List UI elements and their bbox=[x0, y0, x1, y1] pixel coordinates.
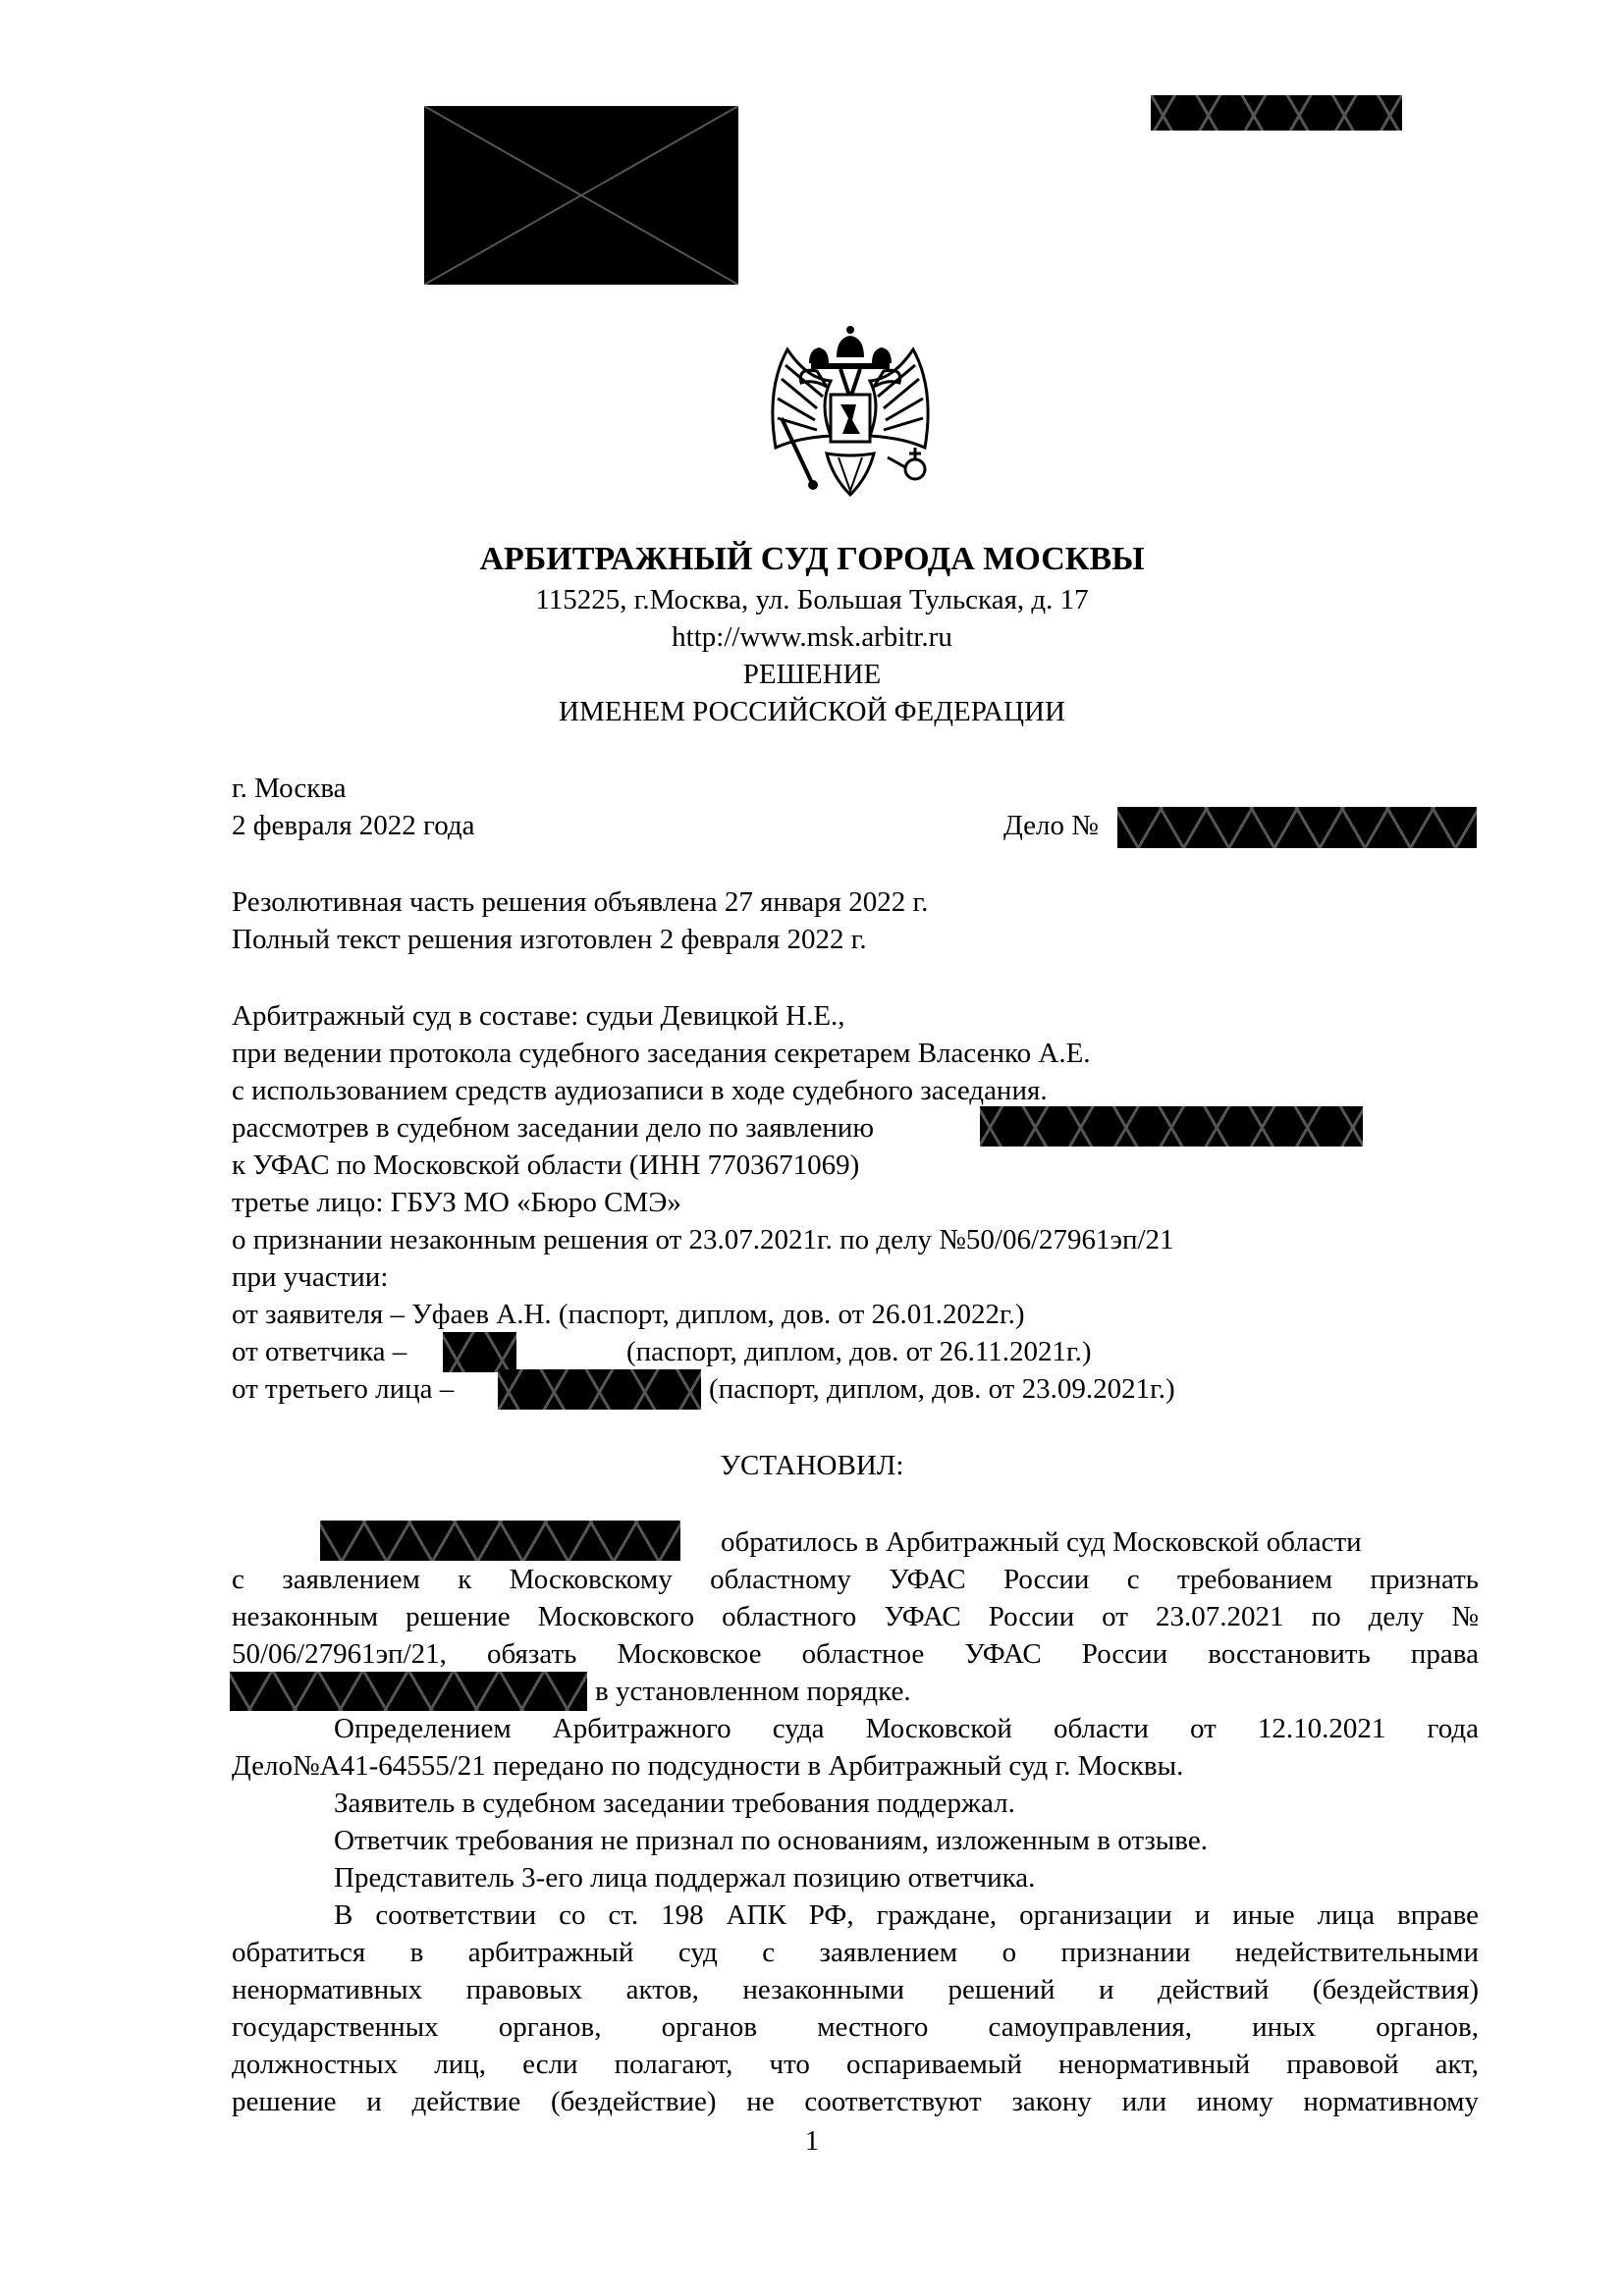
court-name: АРБИТРАЖНЫЙ СУД ГОРОДА МОСКВЫ bbox=[0, 541, 1624, 578]
composition-third-party: третье лицо: ГБУЗ МО «Бюро СМЭ» bbox=[232, 1184, 681, 1221]
court-address: 115225, г.Москва, ул. Большая Тульская, … bbox=[0, 581, 1624, 618]
participant-respondent-suffix: (паспорт, диплом, дов. от 26.11.2021г.) bbox=[626, 1333, 1092, 1370]
p1-line3: незаконным решение Московского областног… bbox=[232, 1598, 1479, 1635]
p6-line6: решение и действие (бездействие) не соот… bbox=[232, 2083, 1479, 2120]
composition-audio: с использованием средств аудиозаписи в х… bbox=[232, 1072, 1048, 1109]
redacted-header-code bbox=[1151, 95, 1402, 131]
redacted-applicant-name bbox=[320, 1521, 680, 1561]
p6-line2: обратиться в арбитражный суд с заявление… bbox=[232, 1934, 1479, 1971]
p2-line1: Определением Арбитражного суда Московско… bbox=[334, 1710, 1479, 1747]
case-label: Дело № bbox=[1003, 807, 1099, 844]
participant-respondent-prefix: от ответчика – bbox=[232, 1333, 406, 1370]
in-the-name-of: ИМЕНЕМ РОССИЙСКОЙ ФЕДЕРАЦИИ bbox=[0, 693, 1624, 730]
p6-line1: В соответствии со ст. 198 АПК РФ, гражда… bbox=[334, 1896, 1479, 1934]
established-heading: УСТАНОВИЛ: bbox=[0, 1447, 1624, 1484]
redacted-third-party-rep bbox=[498, 1369, 701, 1410]
composition-judge: Арбитражный суд в составе: судьи Девицко… bbox=[232, 997, 845, 1035]
page-number: 1 bbox=[0, 2122, 1624, 2160]
composition-subject: о признании незаконным решения от 23.07.… bbox=[232, 1221, 1174, 1258]
composition-participation: при участии: bbox=[232, 1258, 388, 1296]
redacted-respondent-rep bbox=[443, 1332, 516, 1372]
p5: Представитель 3-его лица поддержал позиц… bbox=[334, 1859, 1035, 1896]
p6-line5: должностных лиц, если полагают, что оспа… bbox=[232, 2046, 1479, 2083]
redacted-case-number bbox=[1117, 807, 1477, 848]
composition-secretary: при ведении протокола судебного заседани… bbox=[232, 1035, 1091, 1072]
participant-third-party-suffix: (паспорт, диплом, дов. от 23.09.2021г.) bbox=[709, 1370, 1175, 1408]
p1-line5: в установленном порядке. bbox=[595, 1673, 911, 1710]
court-website[interactable]: http://www.msk.arbitr.ru bbox=[0, 618, 1624, 656]
p1-line4: 50/06/27961эп/21, обязать Московское обл… bbox=[232, 1635, 1479, 1673]
p4: Ответчик требования не признал по основа… bbox=[334, 1822, 1208, 1859]
composition-considering: рассмотрев в судебном заседании дело по … bbox=[232, 1109, 874, 1147]
city: г. Москва bbox=[232, 770, 347, 807]
coat-of-arms-icon bbox=[758, 310, 943, 503]
p6-line4: государственных органов, органов местног… bbox=[232, 2008, 1479, 2046]
redacted-applicant bbox=[980, 1106, 1363, 1147]
p1-line1: обратилось в Арбитражный суд Московской … bbox=[721, 1523, 1362, 1561]
participant-applicant: от заявителя – Уфаев А.Н. (паспорт, дипл… bbox=[232, 1296, 1025, 1333]
participant-third-party-prefix: от третьего лица – bbox=[232, 1370, 454, 1408]
full-text-date: Полный текст решения изготовлен 2 феврал… bbox=[232, 921, 867, 958]
p2-line2: Дело№А41-64555/21 передано по подсудност… bbox=[232, 1747, 1183, 1785]
p6-line3: ненормативных правовых актов, незаконным… bbox=[232, 1971, 1479, 2008]
redacted-applicant-rights bbox=[230, 1672, 587, 1711]
p3: Заявитель в судебном заседании требовани… bbox=[334, 1785, 1015, 1822]
composition-respondent: к УФАС по Московской области (ИНН 770367… bbox=[232, 1147, 859, 1184]
decision-date: 2 февраля 2022 года bbox=[232, 807, 475, 844]
p1-line2: с заявлением к Московскому областному УФ… bbox=[232, 1561, 1479, 1598]
operative-part-date: Резолютивная часть решения объявлена 27 … bbox=[232, 883, 928, 921]
document-type: РЕШЕНИЕ bbox=[0, 656, 1624, 693]
redacted-stamp-block bbox=[424, 106, 738, 285]
